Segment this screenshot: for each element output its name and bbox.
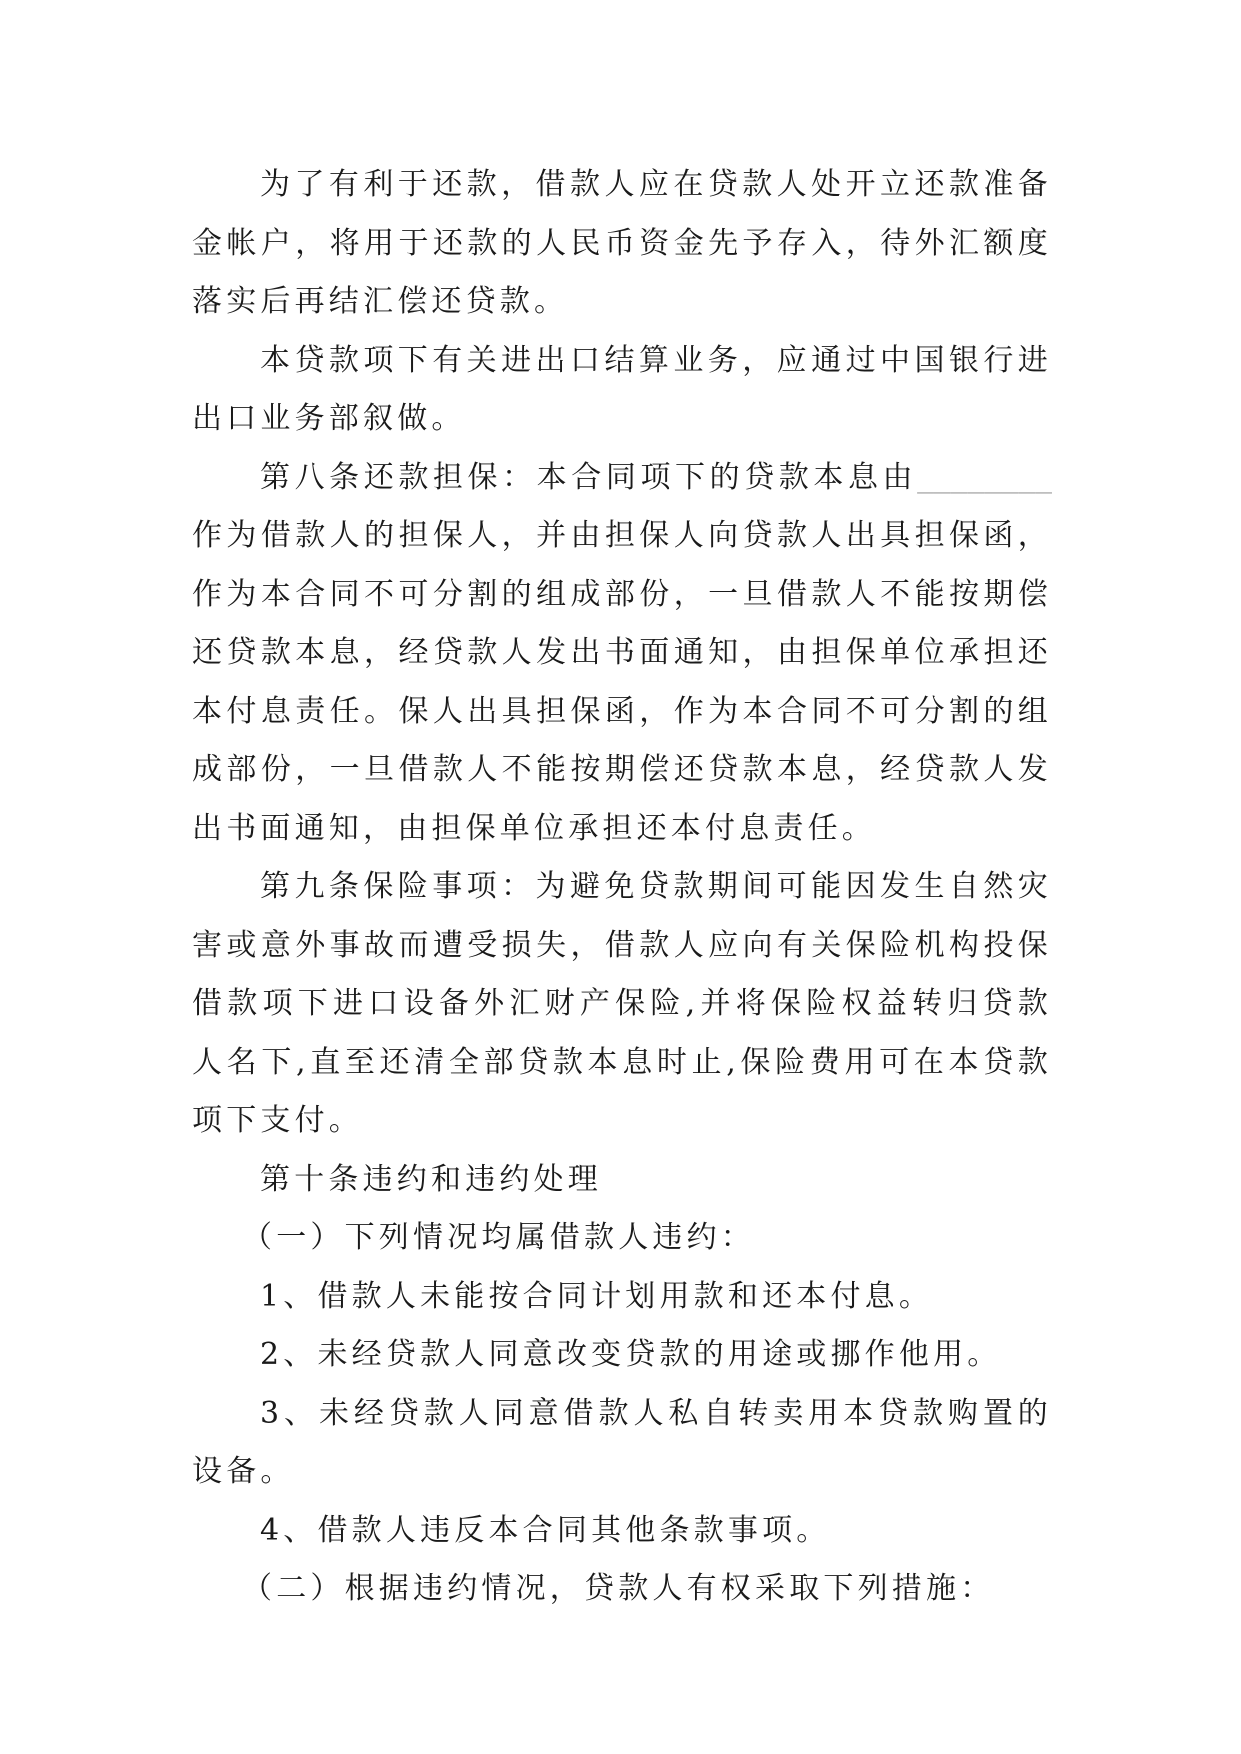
list-item-default-3: 3、未经贷款人同意借款人私自转卖用本贷款购置的设备。 (192, 1385, 1052, 1502)
paragraph-repayment-reserve-account: 为了有利于还款，借款人应在贷款人处开立还款准备金帐户，将用于还款的人民币资金先予… (192, 156, 1052, 332)
document-page: 为了有利于还款，借款人应在贷款人处开立还款准备金帐户，将用于还款的人民币资金先予… (192, 156, 1052, 1619)
paragraph-article-8-guarantee: 第八条还款担保：本合同项下的贷款本息由________作为借款人的担保人，并由担… (192, 449, 1052, 859)
article-8-text-after-blank: 作为借款人的担保人，并由担保人向贷款人出具担保函，作为本合同不可分割的组成部份，… (192, 518, 1052, 846)
subheading-lender-measures: （二）根据违约情况，贷款人有权采取下列措施： (192, 1560, 1052, 1619)
paragraph-settlement-business: 本贷款项下有关进出口结算业务，应通过中国银行进出口业务部叙做。 (192, 332, 1052, 449)
list-item-default-1: 1、借款人未能按合同计划用款和还本付息。 (192, 1268, 1052, 1327)
list-item-default-4: 4、借款人违反本合同其他条款事项。 (192, 1502, 1052, 1561)
list-item-default-2: 2、未经贷款人同意改变贷款的用途或挪作他用。 (192, 1326, 1052, 1385)
article-8-text-before-blank: 第八条还款担保：本合同项下的贷款本息由 (260, 460, 917, 495)
paragraph-article-9-insurance: 第九条保险事项：为避免贷款期间可能因发生自然灾害或意外事故而遭受损失，借款人应向… (192, 858, 1052, 1151)
subheading-default-cases: （一）下列情况均属借款人违约： (192, 1209, 1052, 1268)
heading-article-10-default: 第十条违约和违约处理 (192, 1151, 1052, 1210)
guarantor-blank-field: ________ (917, 461, 1052, 494)
